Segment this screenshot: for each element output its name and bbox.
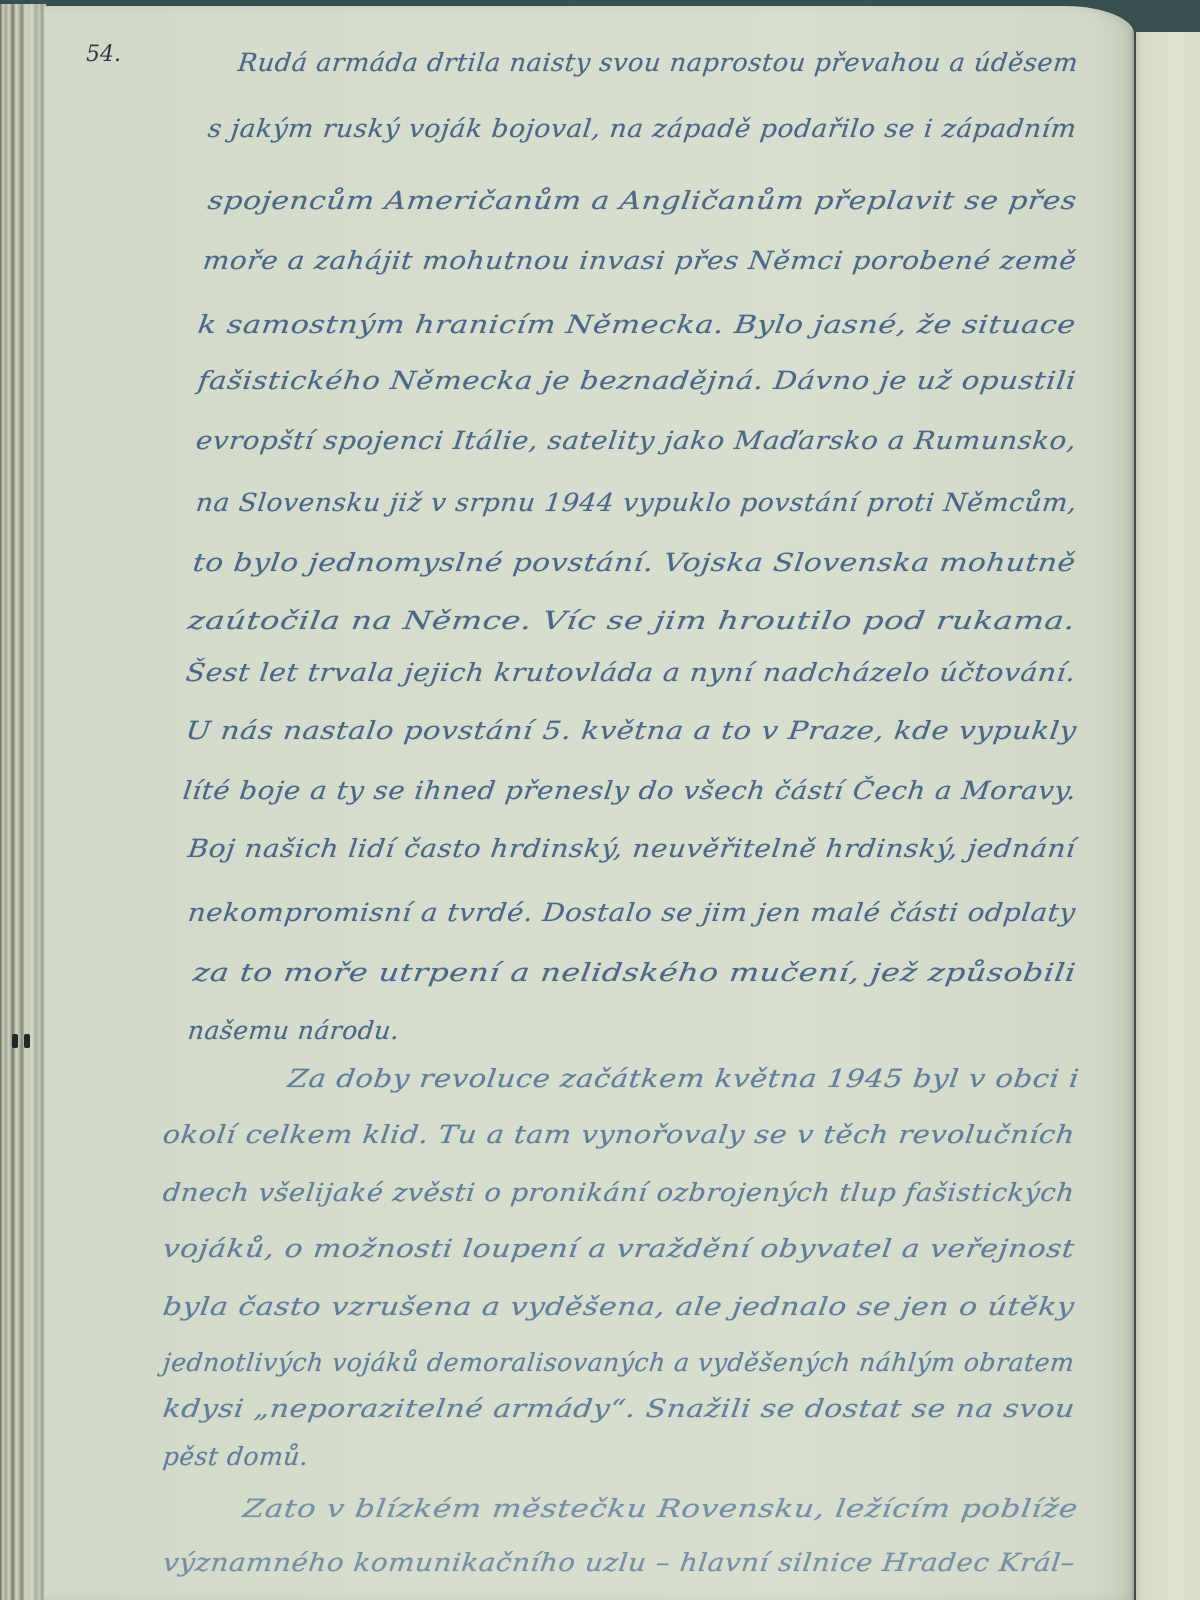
- text-line: Za doby revoluce začátkem května 1945 by…: [286, 1064, 1081, 1094]
- text-line: Boj našich lidí často hrdinský, neuvěřit…: [186, 834, 1077, 864]
- text-line: dnech všelijaké zvěsti o pronikání ozbro…: [161, 1178, 1076, 1208]
- text-line: na Slovensku již v srpnu 1944 vypuklo po…: [194, 488, 1078, 518]
- text-line: jednotlivých vojáků demoralisovaných a v…: [161, 1348, 1076, 1378]
- text-line: byla často vzrušena a vyděšena, ale jedn…: [161, 1292, 1076, 1322]
- text-line: Rudá armáda drtila naisty svou naprostou…: [236, 48, 1079, 78]
- text-line: k samostným hranicím Německa. Bylo jasné…: [196, 310, 1078, 340]
- text-line: našemu národu.: [186, 1016, 401, 1046]
- text-line: významného komunikačního uzlu – hlavní s…: [161, 1548, 1077, 1578]
- text-line: za to moře utrpení a nelidského mučení, …: [191, 958, 1078, 988]
- text-line: Zato v blízkém městečku Rovensku, ležící…: [241, 1494, 1080, 1524]
- page-stack-edges: [0, 4, 46, 1600]
- text-line: evropští spojenci Itálie, satelity jako …: [194, 426, 1078, 456]
- text-line: U nás nastalo povstání 5. května a to v …: [184, 716, 1078, 746]
- book-scan: 54. Rudá armáda drtila naisty svou napro…: [0, 0, 1200, 1600]
- text-line: moře a zahájit mohutnou invasi přes Němc…: [201, 246, 1078, 276]
- text-line: to bylo jednomyslné povstání. Vojska Slo…: [191, 548, 1077, 578]
- text-line: s jakým ruský voják bojoval, na západě p…: [206, 114, 1078, 144]
- text-line: nekompromisní a tvrdé. Dostalo se jim je…: [186, 898, 1077, 928]
- text-line: pěst domů.: [161, 1442, 310, 1472]
- text-line: zaútočila na Němce. Víc se jim hroutilo …: [186, 606, 1077, 636]
- binding-mark: [24, 1034, 30, 1048]
- text-line: Šest let trvala jejich krutovláda a nyní…: [184, 658, 1077, 688]
- page-number: 54.: [86, 42, 121, 67]
- text-line: spojencům Američanům a Angličanům přepla…: [206, 186, 1078, 216]
- text-line: vojáků, o možnosti loupení a vraždění ob…: [161, 1234, 1076, 1264]
- text-line: líté boje a ty se ihned přenesly do všec…: [181, 776, 1078, 806]
- text-line: okolí celkem klid. Tu a tam vynořovaly s…: [161, 1120, 1077, 1150]
- text-line: kdysi „neporazitelné armády“. Snažili se…: [161, 1394, 1077, 1424]
- facing-page: [1136, 32, 1200, 1600]
- text-line: fašistického Německa je beznadějná. Dávn…: [196, 366, 1078, 396]
- binding-mark: [12, 1034, 18, 1048]
